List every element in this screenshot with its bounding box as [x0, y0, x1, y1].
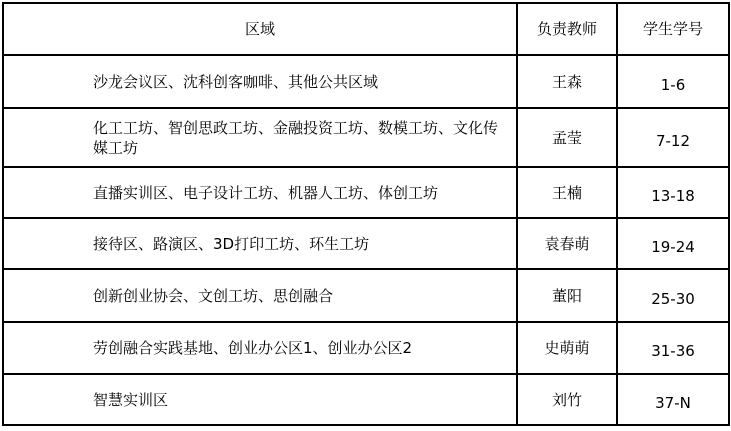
area-cell: 沙龙会议区、沈科创客咖啡、其他公共区域	[3, 55, 517, 108]
table-row: 劳创融合实践基地、创业办公区1、创业办公区2 史萌萌 31-36	[3, 322, 729, 374]
teacher-cell: 袁春萌	[517, 218, 617, 269]
area-cell: 直播实训区、电子设计工坊、机器人工坊、体创工坊	[3, 167, 517, 218]
area-cell: 化工工坊、智创思政工坊、金融投资工坊、数模工坊、文化传媒工坊	[3, 108, 517, 167]
student-ids-cell: 1-6	[617, 55, 729, 108]
student-ids-cell: 19-24	[617, 218, 729, 269]
teacher-cell: 王森	[517, 55, 617, 108]
teacher-cell: 史萌萌	[517, 322, 617, 374]
table-row: 智慧实训区 刘竹 37-N	[3, 374, 729, 425]
assignment-table: 区域 负责教师 学生学号 沙龙会议区、沈科创客咖啡、其他公共区域 王森 1-6 …	[2, 2, 730, 426]
student-ids-cell: 37-N	[617, 374, 729, 425]
header-teacher: 负责教师	[517, 3, 617, 55]
student-ids-cell: 25-30	[617, 269, 729, 322]
header-area: 区域	[3, 3, 517, 55]
table-header-row: 区域 负责教师 学生学号	[3, 3, 729, 55]
table-row: 直播实训区、电子设计工坊、机器人工坊、体创工坊 王楠 13-18	[3, 167, 729, 218]
area-cell: 接待区、路演区、3D打印工坊、环生工坊	[3, 218, 517, 269]
student-ids-cell: 7-12	[617, 108, 729, 167]
student-ids-cell: 31-36	[617, 322, 729, 374]
table-row: 创新创业协会、文创工坊、思创融合 董阳 25-30	[3, 269, 729, 322]
area-cell: 智慧实训区	[3, 374, 517, 425]
table-row: 化工工坊、智创思政工坊、金融投资工坊、数模工坊、文化传媒工坊 孟莹 7-12	[3, 108, 729, 167]
table-row: 接待区、路演区、3D打印工坊、环生工坊 袁春萌 19-24	[3, 218, 729, 269]
student-ids-cell: 13-18	[617, 167, 729, 218]
area-cell: 劳创融合实践基地、创业办公区1、创业办公区2	[3, 322, 517, 374]
teacher-cell: 孟莹	[517, 108, 617, 167]
area-cell: 创新创业协会、文创工坊、思创融合	[3, 269, 517, 322]
teacher-cell: 董阳	[517, 269, 617, 322]
table-row: 沙龙会议区、沈科创客咖啡、其他公共区域 王森 1-6	[3, 55, 729, 108]
header-student-ids: 学生学号	[617, 3, 729, 55]
teacher-cell: 刘竹	[517, 374, 617, 425]
teacher-cell: 王楠	[517, 167, 617, 218]
